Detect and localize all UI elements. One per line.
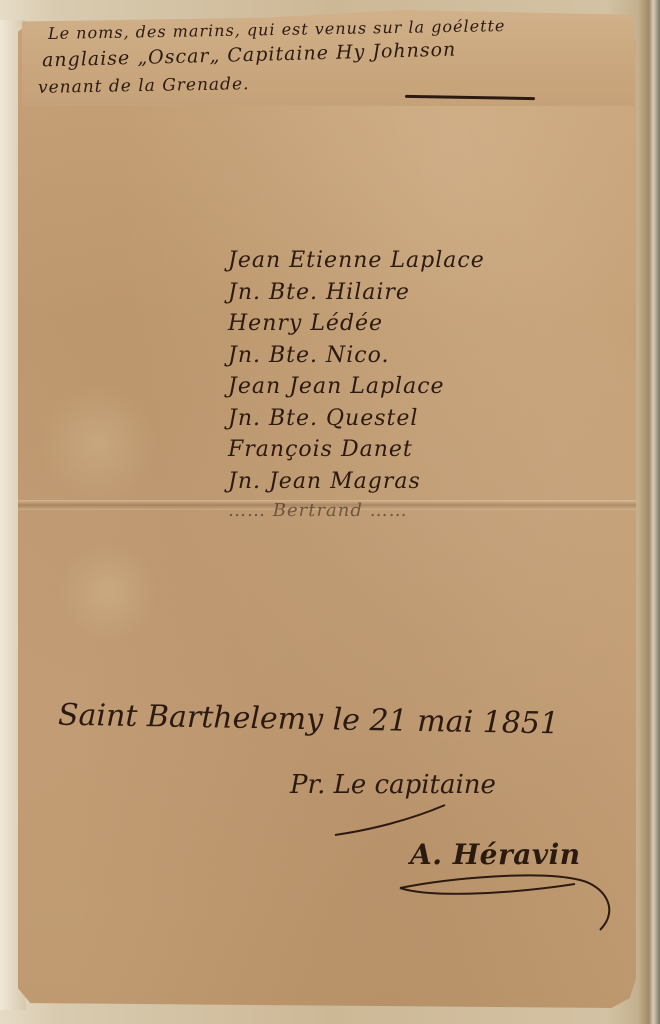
signature-flourish-icon bbox=[390, 860, 630, 940]
crew-list: Jean Etienne Laplace Jn. Bte. Hilaire He… bbox=[228, 248, 485, 532]
paper-stain bbox=[38, 382, 158, 502]
crew-member: Jean Jean Laplace bbox=[228, 374, 485, 406]
header-line-3: venant de la Grenade. bbox=[38, 74, 250, 98]
crew-member: Jn. Bte. Questel bbox=[228, 406, 485, 438]
crew-member: Jn. Jean Magras bbox=[228, 469, 485, 501]
crew-member: Jn. Bte. Nico. bbox=[228, 343, 485, 375]
captain-title: Pr. Le capitaine bbox=[290, 770, 496, 800]
captain-flourish-icon bbox=[330, 800, 450, 840]
crew-member-faded: …… Bertrand …… bbox=[228, 500, 485, 532]
crew-member: Jean Etienne Laplace bbox=[228, 248, 485, 280]
right-paper-stack-edge bbox=[638, 0, 660, 1024]
crew-member: François Danet bbox=[228, 437, 485, 469]
paper-stain bbox=[58, 542, 158, 642]
crew-member: Jn. Bte. Hilaire bbox=[228, 280, 485, 312]
crew-member: Henry Lédée bbox=[228, 311, 485, 343]
